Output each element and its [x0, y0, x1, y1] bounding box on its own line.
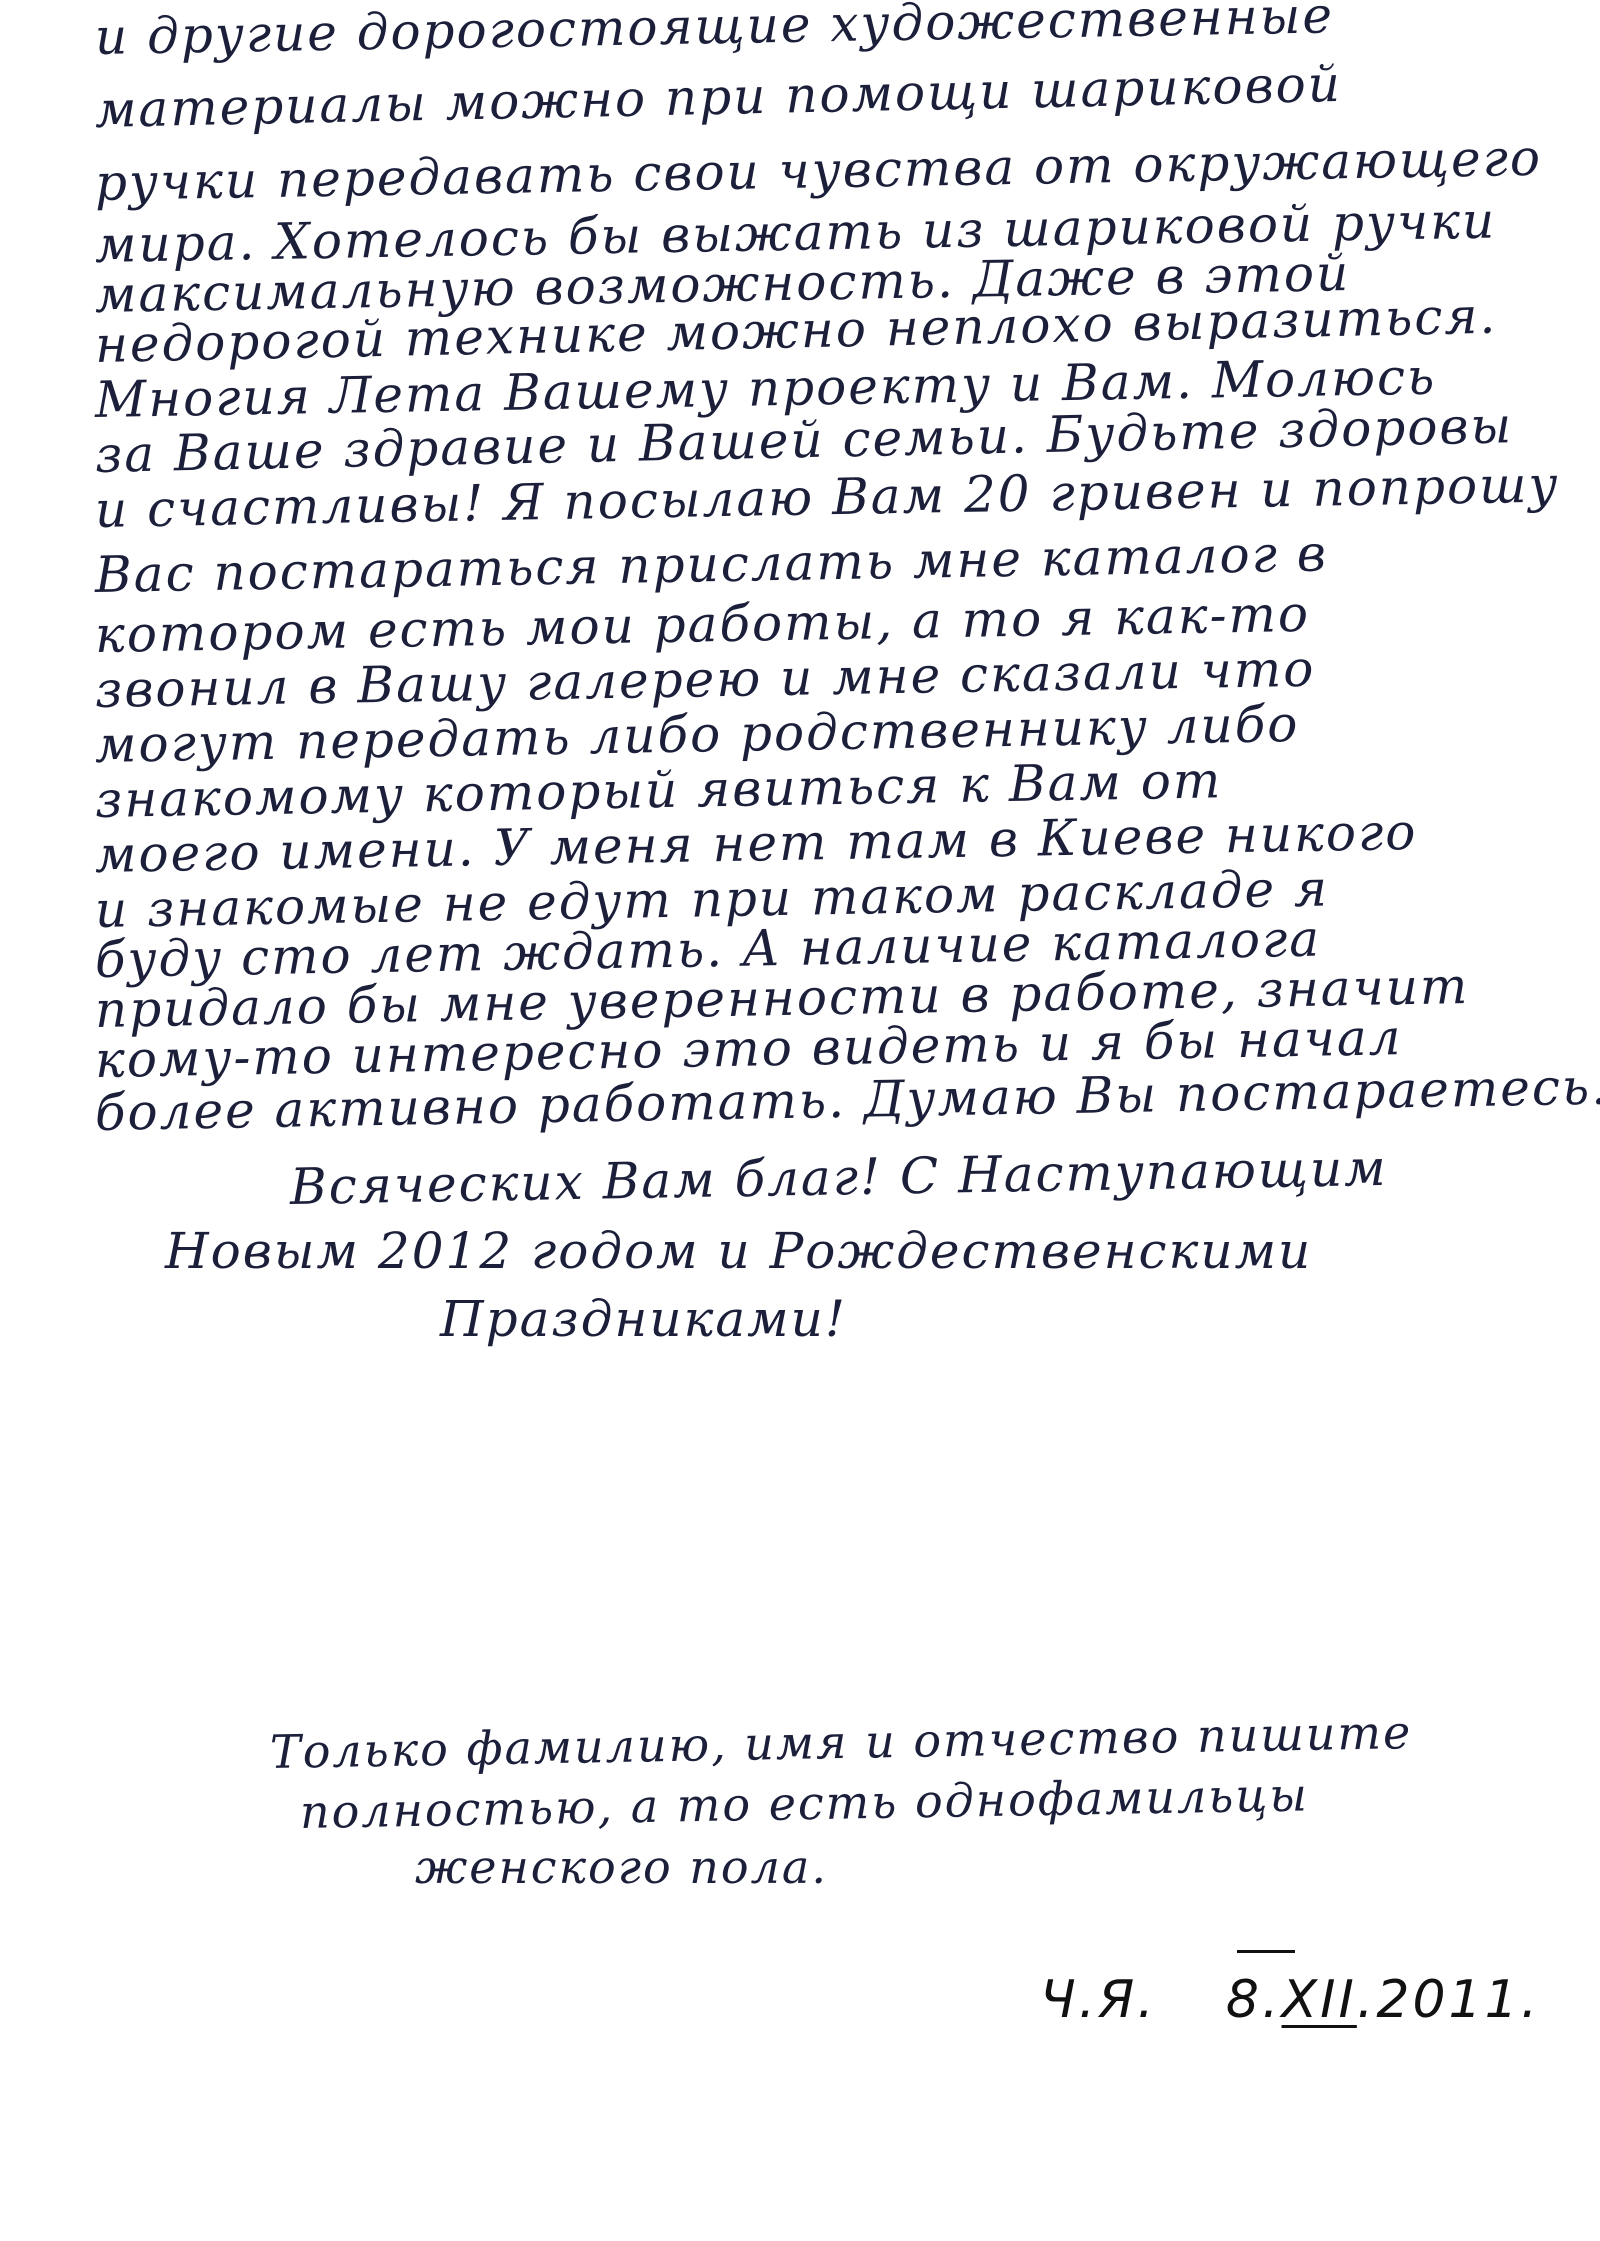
- letter-page: и другие дорогостоящие художественные ма…: [0, 0, 1600, 2241]
- date-year: .2011.: [1357, 1970, 1540, 2030]
- postscript-line: женского пола.: [415, 1840, 828, 1894]
- month-overline: [1237, 1950, 1295, 1953]
- closing-line: Всяческих Вам благ! С Наступающим: [289, 1139, 1388, 1216]
- date-month: XII: [1282, 1970, 1357, 2030]
- signature-date: Ч.Я. 8.XII.2011.: [1040, 1970, 1540, 2030]
- body-line: материалы можно при помощи шариковой: [94, 59, 1342, 135]
- closing-line: Новым 2012 годом и Рождественскими: [165, 1222, 1312, 1280]
- date-day: 8.: [1226, 1970, 1282, 2030]
- body-line: и другие дорогостоящие художественные: [95, 0, 1335, 62]
- closing-line: Праздниками!: [440, 1290, 847, 1348]
- signature-initials: Ч.Я.: [1040, 1970, 1157, 2030]
- postscript-line: полностью, а то есть однофамильцы: [300, 1767, 1310, 1839]
